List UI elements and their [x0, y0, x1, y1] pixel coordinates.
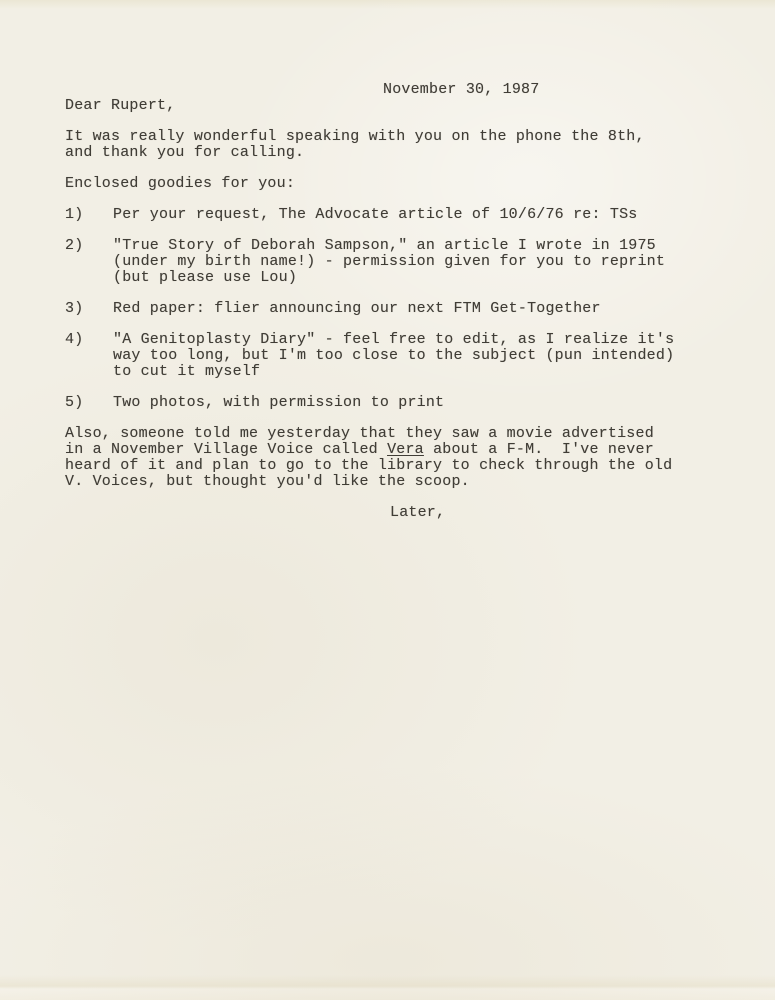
movie-line: Also, someone told me yesterday that the… [65, 426, 739, 442]
enclosed-heading: Enclosed goodies for you: [65, 176, 739, 192]
intro-line: and thank you for calling. [65, 145, 739, 161]
item-text: Per your request, The Advocate article o… [113, 207, 739, 223]
item-text: "A Genitoplasty Diary" - feel free to ed… [113, 332, 739, 380]
enclosure-item-4: 4) "A Genitoplasty Diary" - feel free to… [65, 332, 739, 380]
item-line: "A Genitoplasty Diary" - feel free to ed… [113, 332, 739, 348]
item-line: Per your request, The Advocate article o… [113, 207, 739, 223]
item-number: 5) [65, 395, 113, 411]
item-line: "True Story of Deborah Sampson," an arti… [113, 238, 739, 254]
item-number: 1) [65, 207, 113, 223]
item-text: Red paper: flier announcing our next FTM… [113, 301, 739, 317]
enclosure-item-3: 3) Red paper: flier announcing our next … [65, 301, 739, 317]
item-line: way too long, but I'm too close to the s… [113, 348, 739, 364]
item-line: (but please use Lou) [113, 270, 739, 286]
item-line: (under my birth name!) - permission give… [113, 254, 739, 270]
intro-line: It was really wonderful speaking with yo… [65, 129, 739, 145]
item-number: 3) [65, 301, 113, 317]
movie-line: heard of it and plan to go to the librar… [65, 458, 739, 474]
item-line: Red paper: flier announcing our next FTM… [113, 301, 739, 317]
movie-line: V. Voices, but thought you'd like the sc… [65, 474, 739, 490]
item-line: to cut it myself [113, 364, 739, 380]
enclosure-list: 1) Per your request, The Advocate articl… [65, 207, 739, 411]
enclosure-item-2: 2) "True Story of Deborah Sampson," an a… [65, 238, 739, 286]
item-number: 2) [65, 238, 113, 286]
enclosure-item-1: 1) Per your request, The Advocate articl… [65, 207, 739, 223]
item-text: Two photos, with permission to print [113, 395, 739, 411]
item-text: "True Story of Deborah Sampson," an arti… [113, 238, 739, 286]
enclosure-item-5: 5) Two photos, with permission to print [65, 395, 739, 411]
item-number: 4) [65, 332, 113, 380]
movie-line-segment: in a November Village Voice called [65, 441, 387, 458]
intro-paragraph: It was really wonderful speaking with yo… [65, 129, 739, 161]
salutation-line: Dear Rupert, [65, 98, 739, 114]
movie-paragraph: Also, someone told me yesterday that the… [65, 426, 739, 490]
vera-underlined-title: Vera [387, 441, 424, 458]
letter-content: November 30, 1987 Dear Rupert, It was re… [65, 82, 739, 521]
movie-line: in a November Village Voice called Vera … [65, 442, 739, 458]
signoff-line: Later, [390, 505, 739, 521]
letter-page: November 30, 1987 Dear Rupert, It was re… [0, 0, 775, 1000]
item-line: Two photos, with permission to print [113, 395, 739, 411]
date-line: November 30, 1987 [383, 82, 739, 98]
movie-line-segment: about a F-M. I've never [424, 441, 654, 458]
